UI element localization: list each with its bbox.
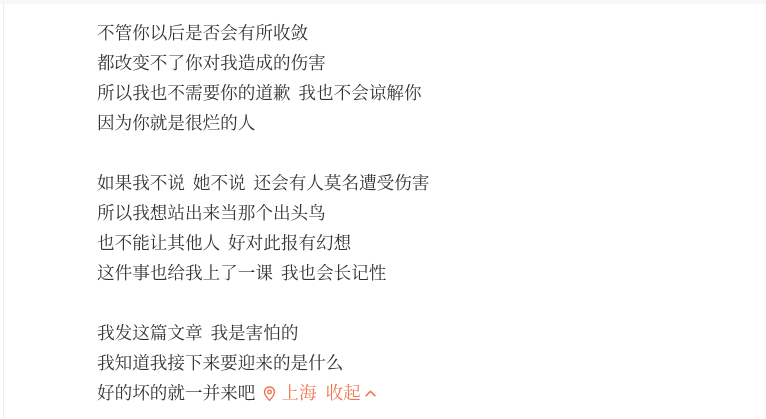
page-top-edge <box>0 0 766 4</box>
final-line-text: 好的坏的就一并来吧 <box>97 378 255 408</box>
text-line: 都改变不了你对我造成的伤害 <box>97 48 737 78</box>
text-line: 也不能让其他人 好对此报有幻想 <box>97 228 737 258</box>
paragraph-3: 我发这篇文章 我是害怕的 我知道我接下来要迎来的是什么 好的坏的就一并来吧 上海… <box>97 318 737 408</box>
location-label: 上海 <box>281 378 316 408</box>
location-link[interactable]: 上海 <box>261 378 316 408</box>
location-pin-icon <box>261 385 278 402</box>
text-line: 不管你以后是否会有所收敛 <box>97 18 737 48</box>
chevron-up-icon <box>363 386 378 401</box>
text-line: 所以我想站出来当那个出头鸟 <box>97 198 737 228</box>
page-left-border <box>3 4 4 419</box>
text-line: 所以我也不需要你的道歉 我也不会谅解你 <box>97 78 737 108</box>
paragraph-2: 如果我不说 她不说 还会有人莫名遭受伤害 所以我想站出来当那个出头鸟 也不能让其… <box>97 168 737 288</box>
collapse-label: 收起 <box>326 378 361 408</box>
text-line: 这件事也给我上了一课 我也会长记性 <box>97 258 737 288</box>
post-content: 不管你以后是否会有所收敛 都改变不了你对我造成的伤害 所以我也不需要你的道歉 我… <box>97 18 737 408</box>
text-line: 我知道我接下来要迎来的是什么 <box>97 348 737 378</box>
final-text-line: 好的坏的就一并来吧 上海 收起 <box>97 378 737 408</box>
text-line: 我发这篇文章 我是害怕的 <box>97 318 737 348</box>
paragraph-1: 不管你以后是否会有所收敛 都改变不了你对我造成的伤害 所以我也不需要你的道歉 我… <box>97 18 737 138</box>
text-line: 因为你就是很烂的人 <box>97 108 737 138</box>
collapse-button[interactable]: 收起 <box>326 378 378 408</box>
text-line: 如果我不说 她不说 还会有人莫名遭受伤害 <box>97 168 737 198</box>
